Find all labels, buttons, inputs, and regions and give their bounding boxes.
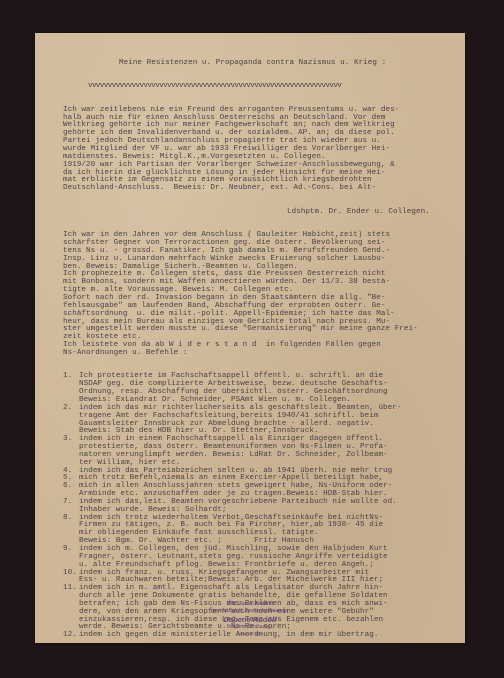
- list-item-text: Gauamtsleiter Innsbruck zur Abmeldung br…: [79, 420, 374, 428]
- list-item-text: natoren verunglimpft werden. Beweis: LdR…: [79, 451, 388, 459]
- list-item-number: 2.: [63, 405, 79, 413]
- list-item-text: durch alle jene Dokumente gratis behande…: [79, 592, 388, 600]
- list-item-text: mir obliegenden Einkäufe fast ausschlies…: [79, 529, 319, 537]
- list-item-text: Ordnung, resp. Abschaffung der übersicht…: [79, 388, 388, 396]
- intro-paragraph: Ich war zeitlebens nie ein Freund des ar…: [63, 107, 463, 193]
- list-item-number: 7.: [63, 499, 79, 507]
- list-item-text: indem ich das,leit. Beamten vorgeschrieb…: [79, 498, 397, 506]
- list-item-text: NSDAP geg. die complizierte Arbeitsweise…: [79, 380, 388, 388]
- list-item: 8.indem ich trotz wiederholtem Verbot,Ge…: [63, 515, 463, 546]
- list-item-text: Armbinde etc. anzuschaffen oder je zu tr…: [79, 490, 388, 498]
- list-item-text: u. alte Freundschaft pflog. Beweis: Fron…: [79, 561, 374, 569]
- list-item-text: indem ich trotz wiederholtem Verbot,Gesc…: [79, 514, 383, 522]
- list-item-text: Firmen zu tätigen, z. B. auch bei Fa Pir…: [79, 521, 383, 529]
- list-item-number: 11.: [63, 585, 79, 593]
- list-item: 1.Ich protestierte im Fachschaftsappell …: [63, 373, 463, 404]
- official-stamp: Whl. Justiz-Amtsrat geschäftsleit. Justi…: [175, 601, 325, 637]
- list-item-text: Fragner, österr. Leutnant,stets geg. rus…: [79, 553, 388, 561]
- stamp-name: Debene Rudolf: [175, 615, 325, 624]
- list-item-text: Ich protestierte im Fachschaftsappell öf…: [79, 372, 383, 380]
- list-item-text: Beweis: Bgm. Dr. Wachter etc. ; Fritz Ha…: [79, 537, 314, 545]
- title-underline: vvvvvvvvvvvvvvvvvvvvvvvvvvvvvvvvvvvvvvvv…: [63, 83, 463, 91]
- list-item-number: 3.: [63, 436, 79, 444]
- list-item-number: 8.: [63, 515, 79, 523]
- stamp-position: geschäftsleit. Justizoberbeamter: [175, 608, 325, 615]
- list-item-text: indem ich franz. u. russ. Kriegsgefangen…: [79, 569, 369, 577]
- list-item-text: indem ich m. Collegen, den jüd. Mischlin…: [79, 545, 388, 553]
- list-item-text: mich trotz Befehl,niemals an einem Exerc…: [79, 474, 383, 482]
- document-page: Meine Resistenzen u. Propaganda contra N…: [35, 33, 465, 643]
- list-item-text: Beweis: Stab des HDB hier u. Dr. Stettne…: [79, 427, 319, 435]
- list-item: 3.indem ich in einem Fachschaftsappell a…: [63, 436, 463, 467]
- list-item: 9.indem ich m. Collegen, den jüd. Mischl…: [63, 546, 463, 570]
- list-item-text: Ess- u. Rauchwaren beteilte;Beweis: Arb.…: [79, 576, 383, 584]
- stamp-address: Bregenz (Wolfsweg),: [175, 624, 325, 631]
- list-item: 6.mich in allen Anschlussjahren stets ge…: [63, 483, 463, 499]
- intro-proof-tail: Ldshptm. Dr. Ender u. Collegen.: [63, 209, 463, 217]
- list-item-text: Inhaber wurde. Beweis: Solhardt;: [79, 506, 226, 514]
- list-item-number: 10.: [63, 570, 79, 578]
- list-item-text: ter William, hier etc.: [79, 459, 180, 467]
- list-item-text: protestierte, dass österr. Beamtenunifor…: [79, 443, 388, 451]
- list-item-text: indem ich in m. amtl. Eigenschaft als Le…: [79, 584, 383, 592]
- list-item-text: mich in allen Anschlussjahren stets gewe…: [79, 482, 392, 490]
- list-item: 2.indem ich das mir richterlicherseits a…: [63, 405, 463, 436]
- list-item: 10.indem ich franz. u. russ. Kriegsgefan…: [63, 570, 463, 586]
- list-item-number: 6.: [63, 483, 79, 491]
- list-item: 7.indem ich das,leit. Beamten vorgeschri…: [63, 499, 463, 515]
- typewritten-text: Meine Resistenzen u. Propaganda contra N…: [63, 44, 463, 656]
- text-line: Deutschland-Anschluss. Beweis: Dr. Neubn…: [63, 185, 463, 193]
- document-title: Meine Resistenzen u. Propaganda contra N…: [63, 60, 463, 68]
- list-item-text: Beweis: ExLandrat Dr. Schneider, PSAmt W…: [79, 396, 351, 404]
- list-item-text: indem ich das Parteiabzeichen selten u. …: [79, 467, 392, 475]
- list-item-number: 1.: [63, 373, 79, 381]
- text-line: Ns-Anordnungen u. Befehle :: [63, 350, 463, 358]
- list-item-text: tragene Amt der Fachschaftsleitung,berei…: [79, 412, 378, 420]
- second-paragraph: Ich war in den Jahren vor dem Anschluss …: [63, 232, 463, 358]
- list-item-number: 12.: [63, 632, 79, 640]
- list-item-text: indem ich in einem Fachschaftsappell als…: [79, 435, 383, 443]
- stamp-title: Whl. Justiz-Amtsrat: [175, 601, 325, 608]
- list-item-text: indem ich das mir richterlicherseits als…: [79, 404, 402, 412]
- list-item-number: 9.: [63, 546, 79, 554]
- stamp-house: Halde Nr. 15a: [175, 631, 325, 637]
